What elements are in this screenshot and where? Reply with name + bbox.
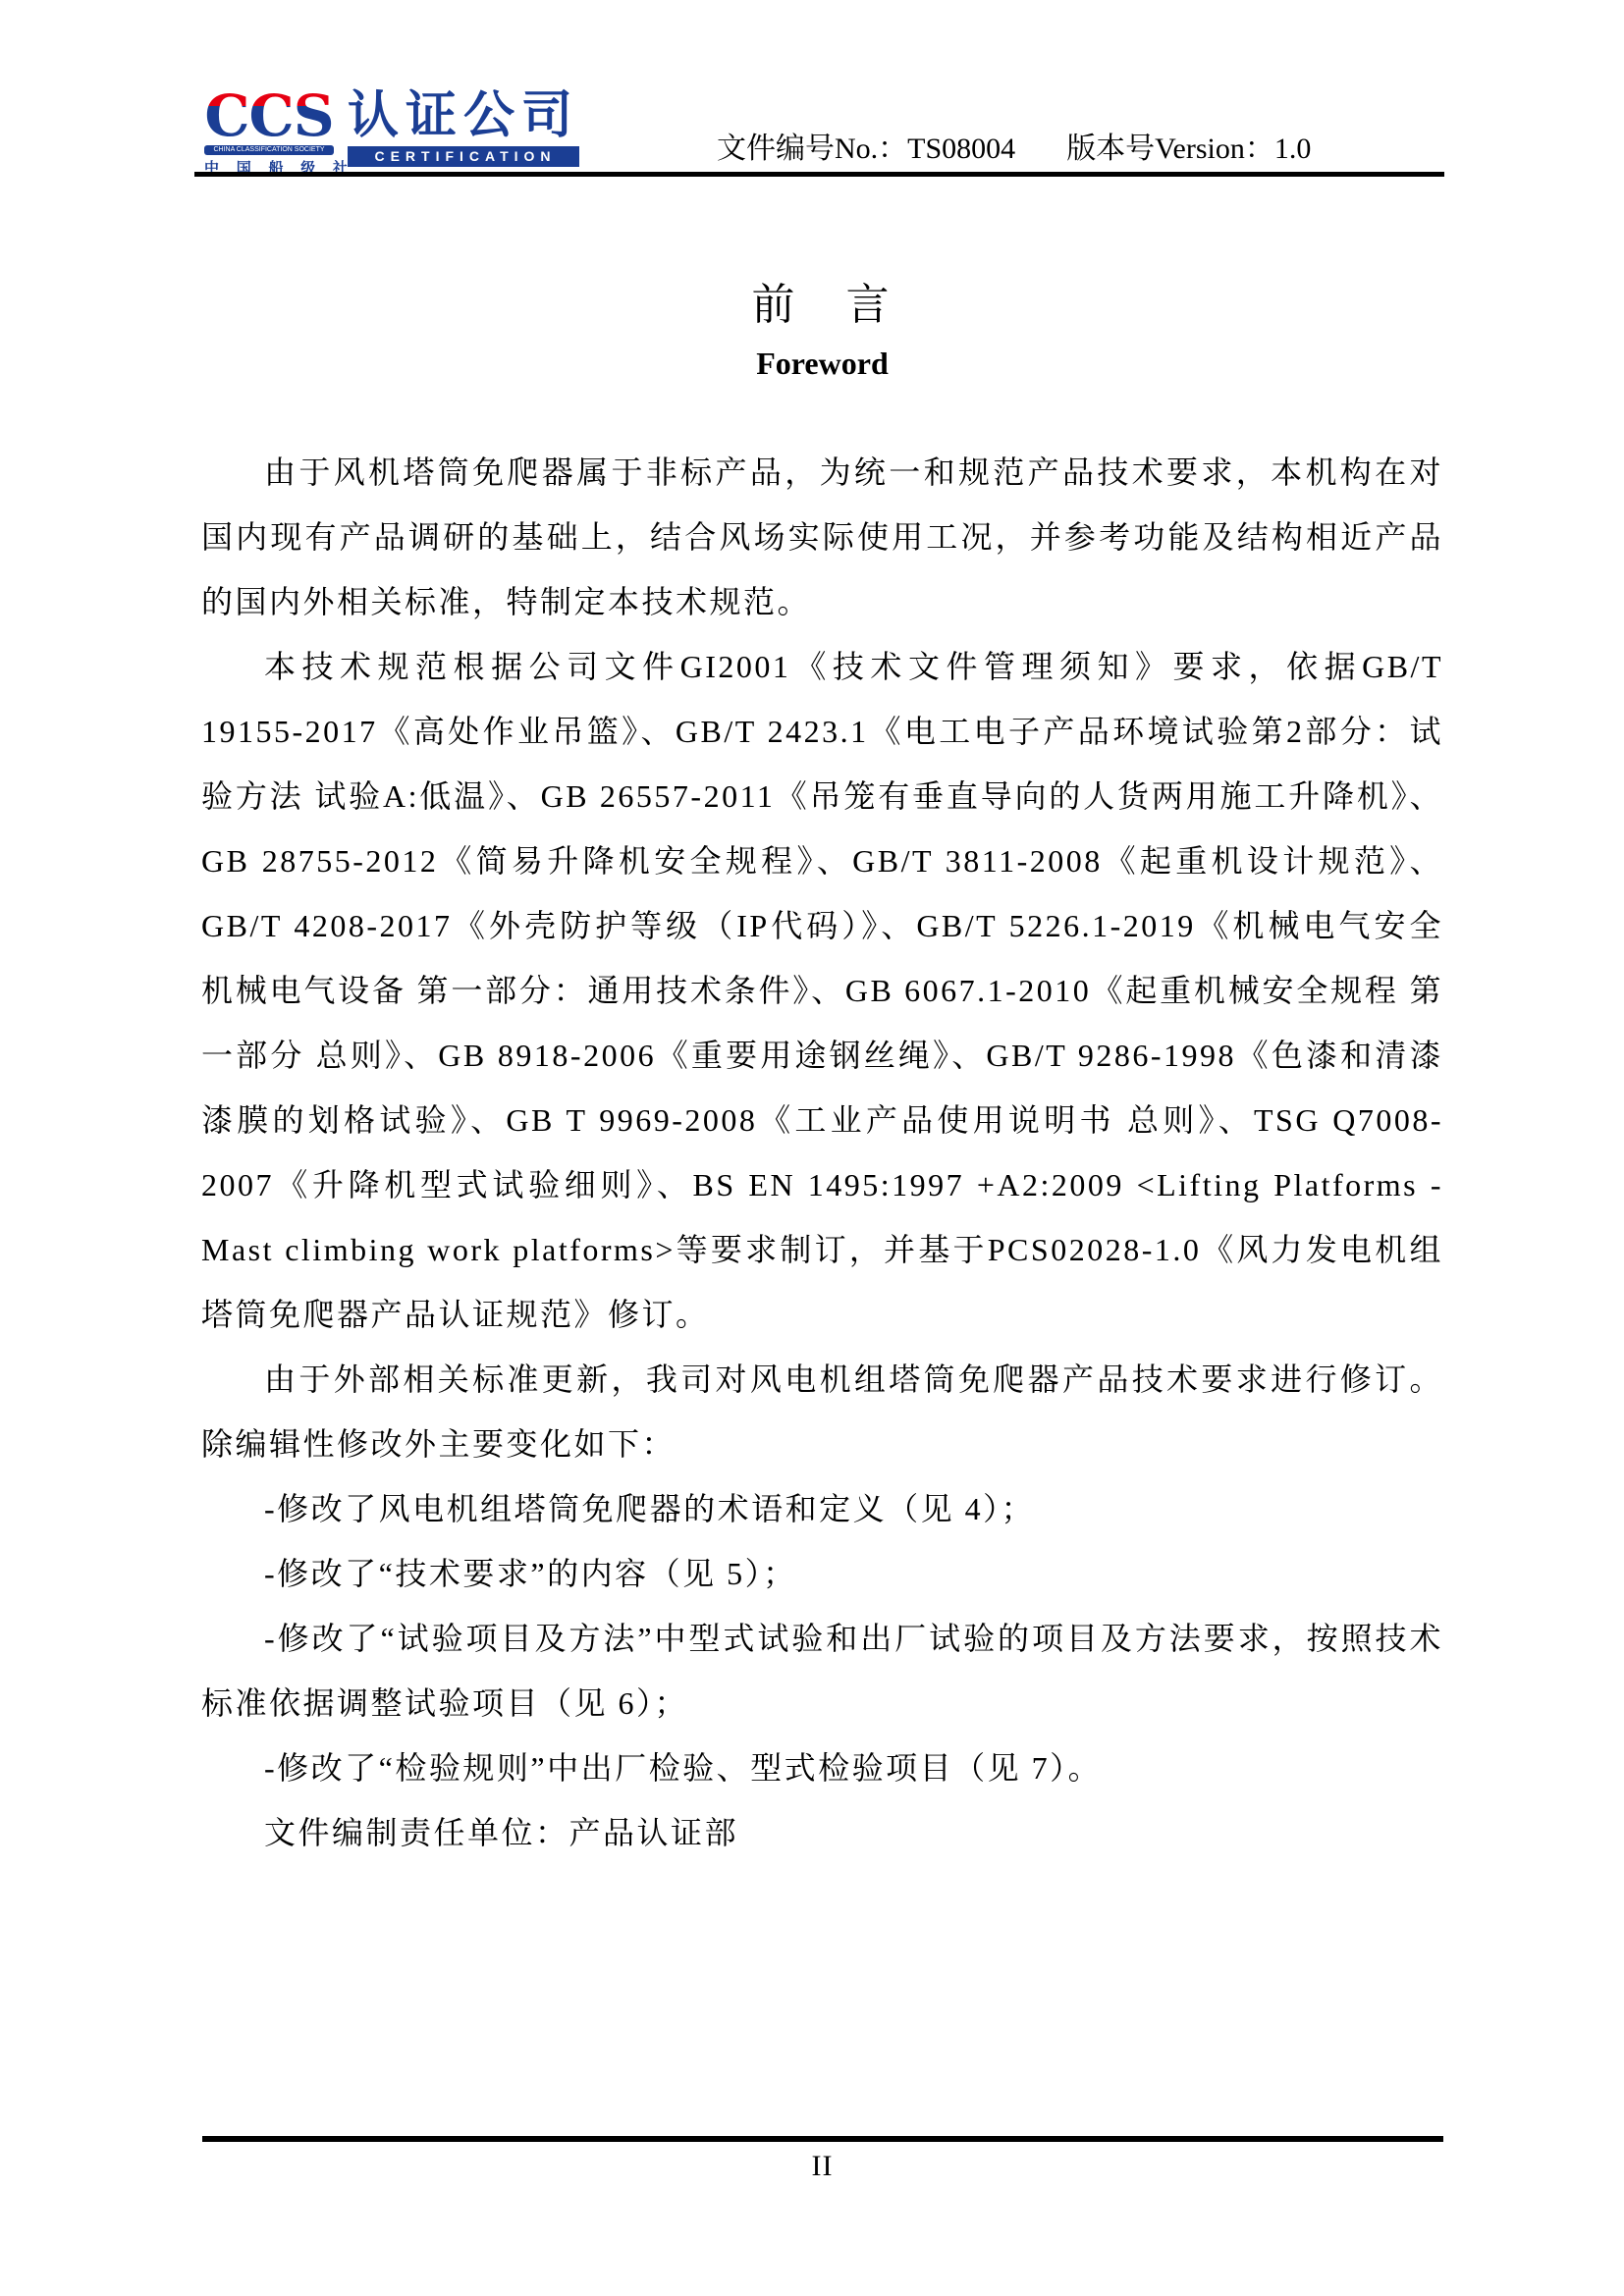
company-name-cn: 认证公司 <box>348 90 579 141</box>
paragraph-intro: 由于风机塔筒免爬器属于非标产品，为统一和规范产品技术要求，本机构在对国内现有产品… <box>201 440 1443 634</box>
paragraph-revision: 由于外部相关标准更新，我司对风电机组塔筒免爬器产品技术要求进行修订。除编辑性修改… <box>201 1347 1443 1476</box>
ccs-society-band: CHINA CLASSIFICATION SOCIETY <box>204 145 334 155</box>
paragraph-standards: 本技术规范根据公司文件GI2001《技术文件管理须知》要求，依据GB/T 191… <box>201 634 1443 1347</box>
header-doc-info: 文件编号No.：TS08004 版本号Version：1.0 <box>717 124 1311 167</box>
change-item-terms: -修改了风电机组塔筒免爬器的术语和定义（见 4）； <box>201 1476 1443 1541</box>
page-title-cn: 前 言 <box>201 269 1443 332</box>
change-item-tests: -修改了“试验项目及方法”中型式试验和出厂试验的项目及方法要求，按照技术标准依据… <box>201 1606 1443 1735</box>
page-title-en: Foreword <box>201 346 1443 382</box>
paragraph-responsible-unit: 文件编制责任单位：产品认证部 <box>201 1800 1443 1865</box>
change-item-inspection: -修改了“检验规则”中出厂检验、型式检验项目（见 7）。 <box>201 1735 1443 1800</box>
certification-band: CERTIFICATION <box>348 146 579 167</box>
doc-number: 文件编号No.：TS08004 <box>717 124 1015 167</box>
document-page: CCS CHINA CLASSIFICATION SOCIETY 中 国 船 级… <box>0 0 1624 2296</box>
doc-version: 版本号Version：1.0 <box>1066 124 1311 167</box>
ccs-logo-right: 认证公司 CERTIFICATION <box>348 90 579 167</box>
ccs-logo-left: CCS CHINA CLASSIFICATION SOCIETY 中 国 船 级… <box>204 90 334 178</box>
ccs-logo: CCS CHINA CLASSIFICATION SOCIETY 中 国 船 级… <box>204 90 579 178</box>
header-divider <box>194 172 1444 177</box>
page-number: II <box>201 2150 1443 2183</box>
ccs-logo-text: CCS <box>204 90 334 142</box>
change-item-requirements: -修改了“技术要求”的内容（见 5）； <box>201 1541 1443 1606</box>
footer-divider <box>202 2136 1443 2142</box>
document-body: 由于风机塔筒免爬器属于非标产品，为统一和规范产品技术要求，本机构在对国内现有产品… <box>201 440 1443 1865</box>
